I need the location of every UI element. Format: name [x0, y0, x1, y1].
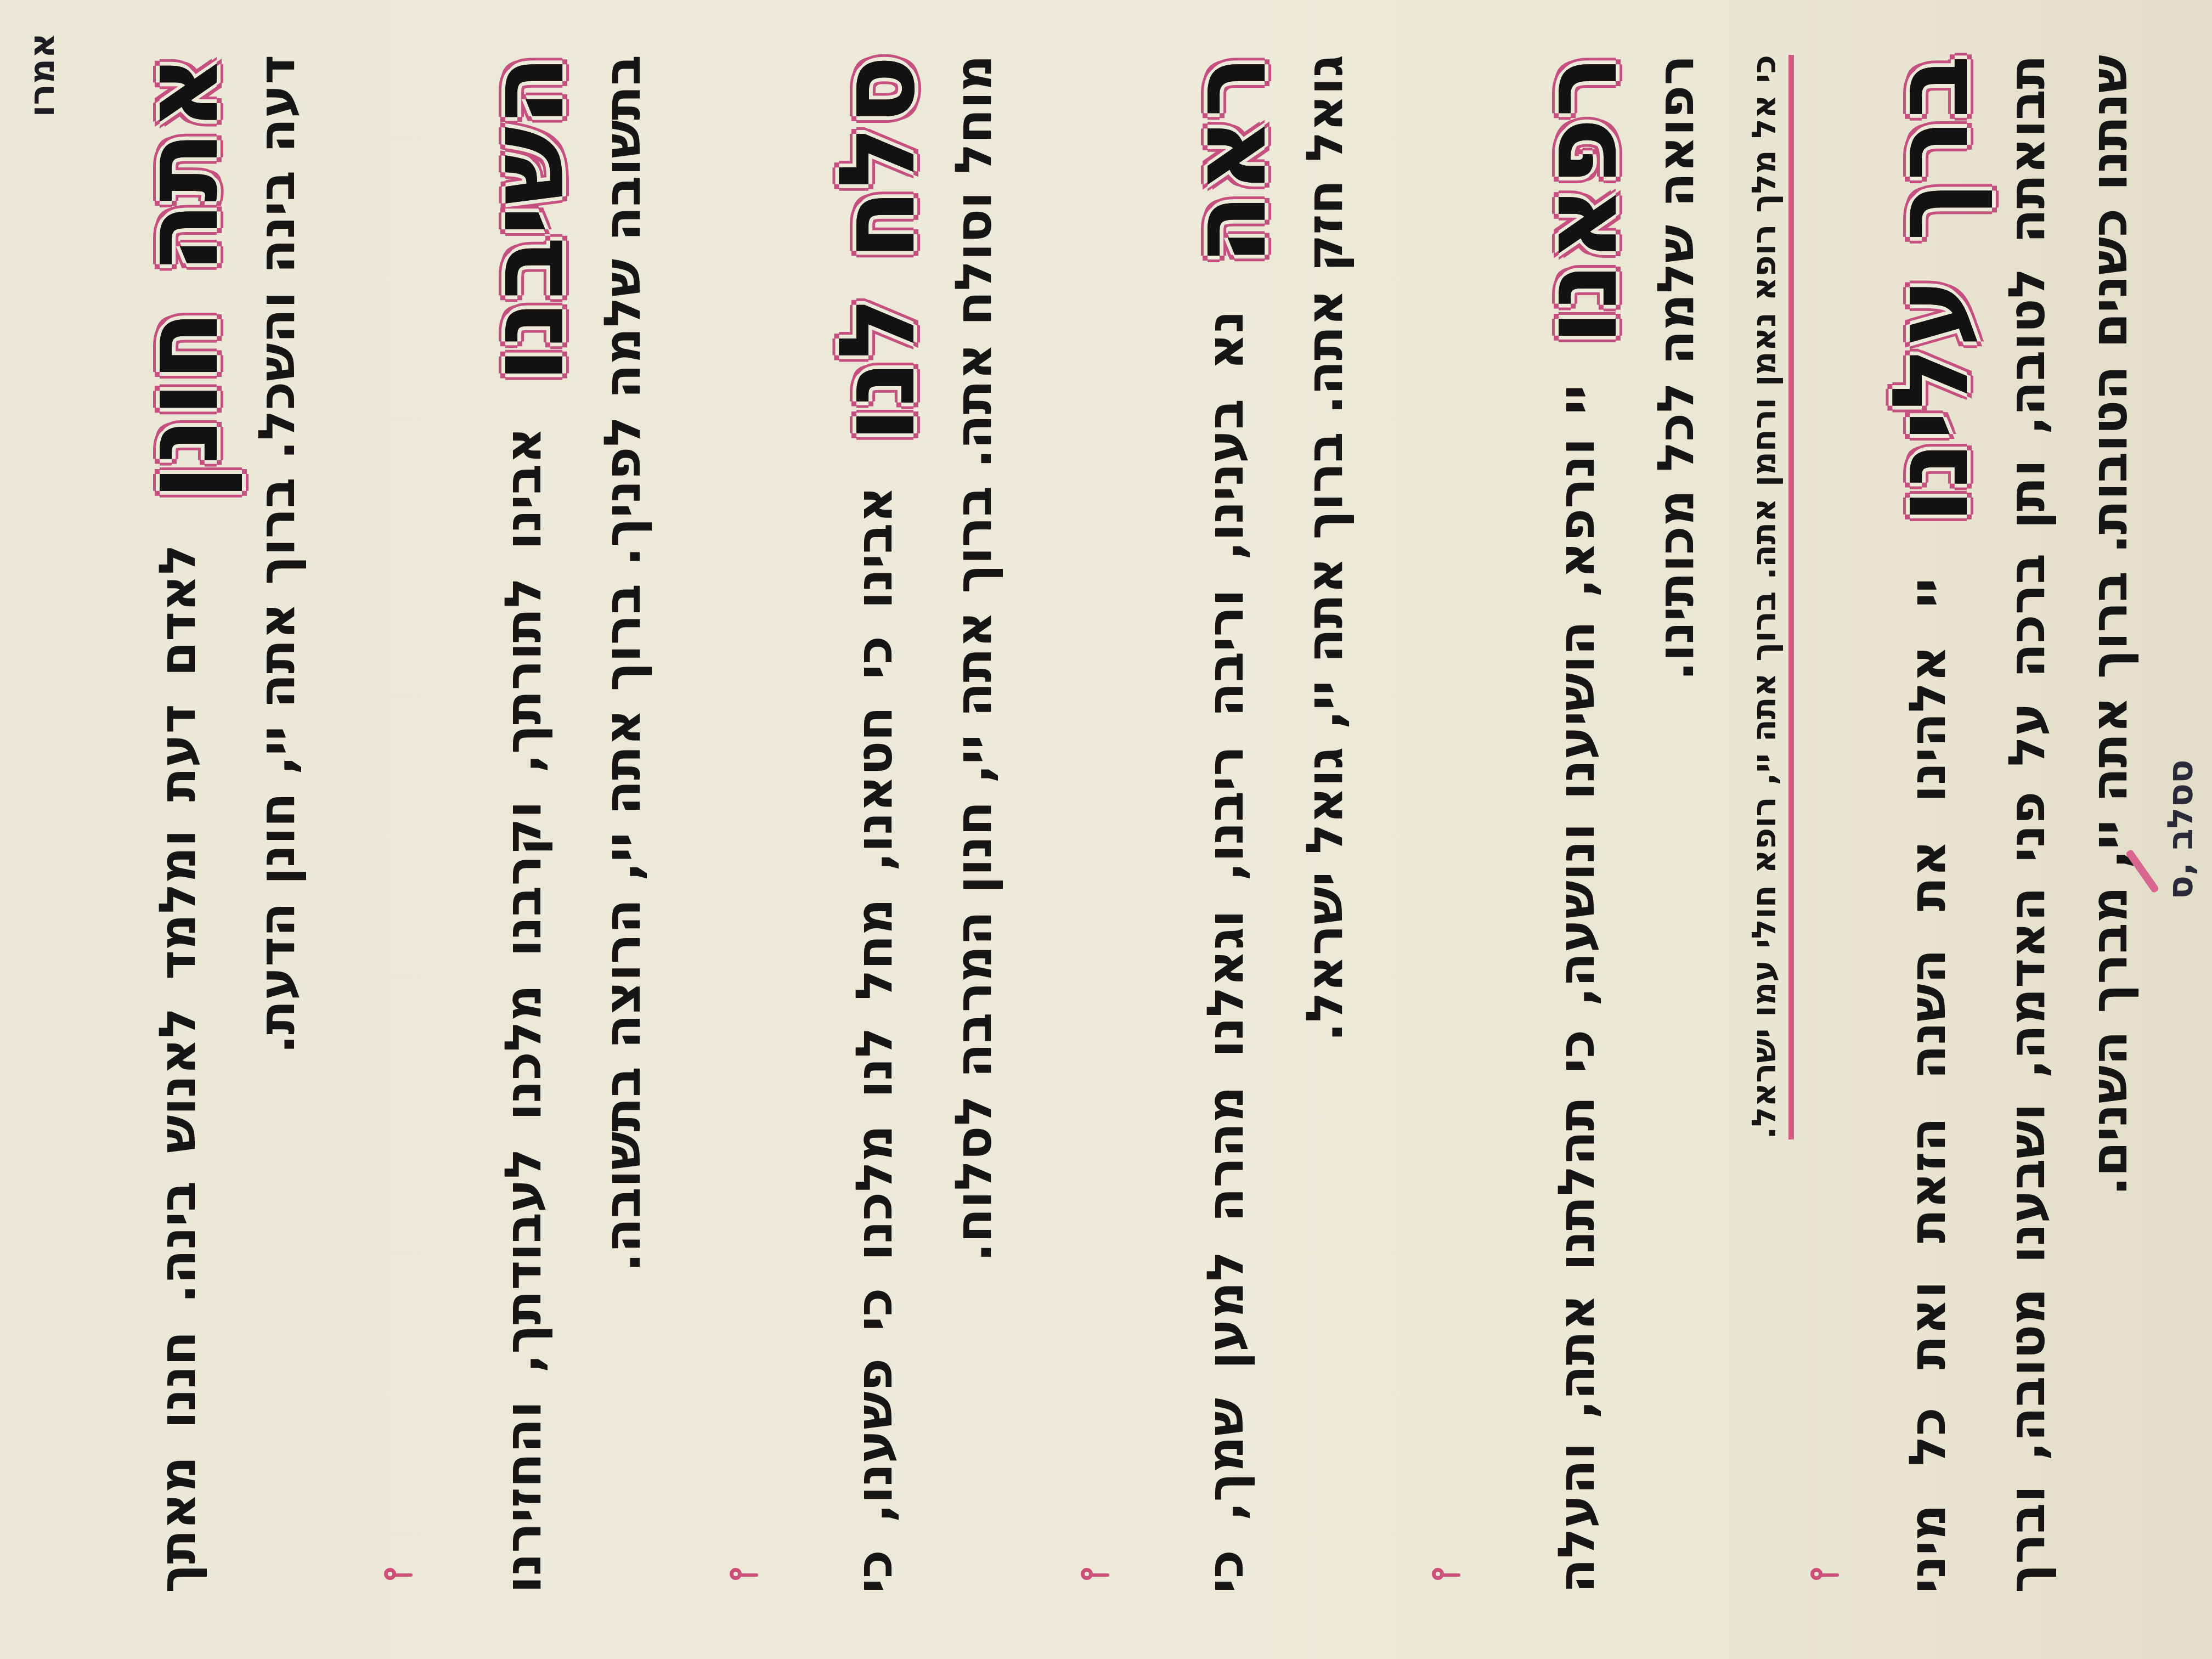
- section-initial: סלח לנו: [823, 55, 933, 443]
- page-number: ססלב ,ס: [2160, 760, 2201, 900]
- end-mark-icon: [1432, 1568, 1448, 1593]
- corner-note: אמרו: [22, 33, 63, 117]
- section-initial: ראה: [1174, 55, 1284, 265]
- section-1: אתה חונן לאדם דעת ומלמד לאנוש בינה. חננו…: [126, 55, 318, 1593]
- section-text: נא בענינו, וריבה ריבנו, וגאלנו מהרה למען…: [1196, 55, 1354, 1593]
- underlined-note: כי אל מלך רופא נאמן ורחמן אתה. ברוך אתה …: [1742, 55, 1794, 1139]
- section-6: ברך עלינו יי אלהינו את השנה הזאת ואת כל …: [1876, 55, 2151, 1593]
- section-5: רפאנו יי ונרפא, הושיענו ונושעה, כי תהלתנ…: [1525, 55, 1799, 1593]
- section-initial: השיבנו: [472, 55, 582, 383]
- section-initial: רפאנו: [1525, 55, 1635, 345]
- end-mark-icon: [730, 1568, 746, 1593]
- section-initial: אתה חונן: [126, 55, 236, 500]
- section-4: ראה נא בענינו, וריבה ריבנו, וגאלנו מהרה …: [1174, 55, 1366, 1593]
- section-3: סלח לנו אבינו כי חטאנו, מחל לנו מלכנו כי…: [823, 55, 1015, 1593]
- photograph: אמרו אתה חונן לאדם דעת ומלמד לאנוש בינה.…: [0, 0, 2212, 1659]
- section-initial: ברך עלינו: [1876, 55, 1986, 524]
- end-mark-icon: [1081, 1568, 1097, 1593]
- prayer-book-page: אמרו אתה חונן לאדם דעת ומלמד לאנוש בינה.…: [0, 0, 2212, 1659]
- end-mark-icon: [384, 1568, 400, 1593]
- section-2: השיבנו אבינו לתורתך, וקרבנו מלכנו לעבודת…: [472, 55, 664, 1593]
- end-mark-icon: [1810, 1568, 1827, 1593]
